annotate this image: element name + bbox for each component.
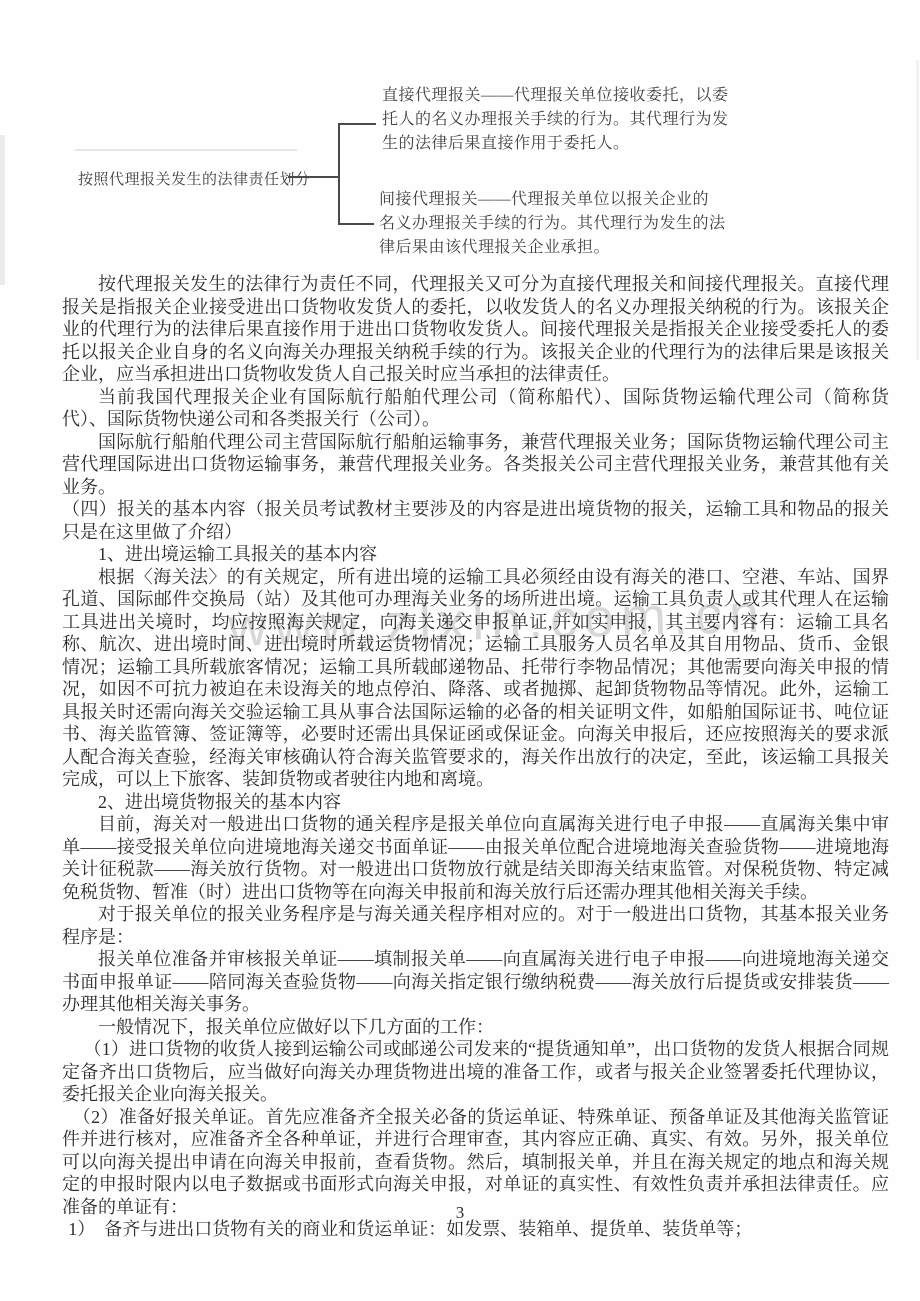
body-paragraph: 根据〈海关法〉的有关规定，所有进出境的运输工具必须经由设有海关的港口、空港、车站…: [62, 566, 889, 791]
body-paragraph: 1、进出境运输工具报关的基本内容: [62, 543, 889, 566]
body-paragraph: （2）准备好报关单证。首先应准备齐全报关必备的货运单证、特殊单证、预备单证及其他…: [62, 1106, 889, 1219]
body-paragraph: 2、进出境货物报关的基本内容: [62, 791, 889, 814]
diagram-branch-direct-agency: 直接代理报关——代理报关单位接收委托，以委 托人的名义办理报关手续的行为。其代理…: [382, 84, 729, 156]
classification-diagram: 按照代理报关发生的法律责任划分 直接代理报关——代理报关单位接收委托，以委 托人…: [0, 0, 920, 272]
diagram-label: 按照代理报关发生的法律责任划分: [78, 168, 311, 189]
bracket-connector-line: [288, 176, 338, 178]
scanned-document-page: 按照代理报关发生的法律责任划分 直接代理报关——代理报关单位接收委托，以委 托人…: [0, 0, 920, 1301]
body-paragraph: 国际航行船舶代理公司主营国际航行船舶运输事务，兼营代理报关业务；国际货物运输代理…: [62, 431, 889, 499]
body-paragraph: （四）报关的基本内容（报关员考试教材主要涉及的内容是进出境货物的报关，运输工具和…: [62, 498, 889, 543]
bracket-vertical-line: [338, 123, 340, 225]
bracket-bottom-branch-line: [338, 223, 374, 225]
bracket-top-branch-line: [338, 123, 376, 125]
page-number: 3: [0, 1203, 920, 1223]
body-paragraph: 对于报关单位的报关业务程序是与海关通关程序相对应的。对于一般进出口货物，其基本报…: [62, 903, 889, 948]
body-paragraph: 按代理报关发生的法律行为责任不同，代理报关又可分为直接代理报关和间接代理报关。直…: [62, 273, 889, 386]
body-paragraph: 一般情况下，报关单位应做好以下几方面的工作：: [62, 1016, 889, 1039]
body-paragraph: 报关单位准备并审核报关单证——填制报关单——向直属海关进行电子申报——向进境地海…: [62, 948, 889, 1016]
body-paragraph: 当前我国代理报关企业有国际航行船舶代理公司（简称船代）、国际货物运输代理公司（简…: [62, 386, 889, 431]
document-body: 按代理报关发生的法律行为责任不同，代理报关又可分为直接代理报关和间接代理报关。直…: [62, 273, 889, 1241]
diagram-branch-indirect-agency: 间接代理报关——代理报关单位以报关企业的 名义办理报关手续的行为。其代理行为发生…: [379, 188, 726, 260]
body-paragraph: （1）进口货物的收货人接到运输公司或邮递公司发来的“提货通知单”，出口货物的发货…: [62, 1038, 889, 1106]
body-paragraph: 目前，海关对一般进出口货物的通关程序是报关单位向直属海关进行电子申报——直属海关…: [62, 813, 889, 903]
